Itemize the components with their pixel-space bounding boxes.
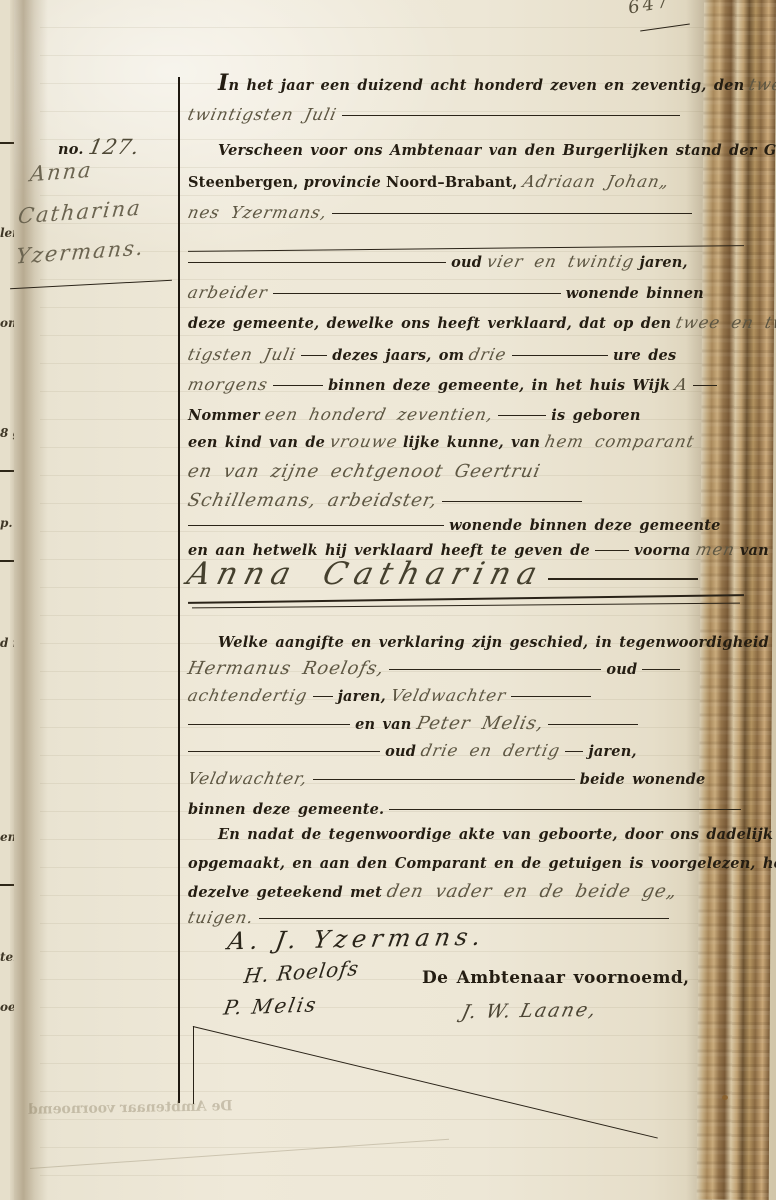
handwritten-fill: Hermanus Roelofs, xyxy=(186,658,387,679)
printed-text: Verscheen voor ons Ambtenaar van den Bur… xyxy=(218,142,776,159)
printed-text: jaren, xyxy=(588,743,636,760)
signature-declarant: A. J. Yzermans. xyxy=(226,923,488,956)
body-line-15: Schillemans, arbeidster, xyxy=(188,490,582,511)
body-line-22: en van Peter Melis, xyxy=(188,713,638,734)
printed-text: ure des xyxy=(613,347,676,364)
body-line-18-child-name: Anna Catharina xyxy=(188,556,698,592)
printed-text: De Ambtenaar voornoemd, xyxy=(422,968,690,988)
scanned-register-page: lei om 8 g p. d r en ten oen 647 no. 127… xyxy=(0,0,776,1200)
fill-rule xyxy=(313,779,575,780)
signature-witness-2: P. Melis xyxy=(222,992,320,1019)
fill-rule xyxy=(595,550,629,551)
folio-number: 647 xyxy=(627,0,673,19)
fill-rule xyxy=(548,724,638,725)
folio-underline xyxy=(640,24,690,32)
body-line-10: tigsten Juli dezes jaars, om drie ure de… xyxy=(188,345,676,364)
officiant-label: De Ambtenaar voornoemd, xyxy=(422,968,690,988)
fill-rule xyxy=(188,525,444,526)
printed-text: en van xyxy=(355,716,411,733)
margin-name-line: Anna xyxy=(29,158,94,187)
signature-witness-1: H. Roelofs xyxy=(242,956,360,988)
body-line-27: opgemaakt, en aan den Comparant en de ge… xyxy=(188,853,776,872)
handwritten-fill: vier en twintig xyxy=(485,252,636,271)
fill-rule-full xyxy=(188,245,744,252)
printed-text: jaren, xyxy=(640,254,688,271)
printed-text: oud xyxy=(385,743,416,760)
body-line-21: achtendertig jaren, Veldwachter xyxy=(188,686,591,705)
printed-text: jaren, xyxy=(338,688,386,705)
handwritten-fill: Veldwachter xyxy=(389,686,508,705)
act-number: no. 127. xyxy=(58,135,139,159)
fill-rule xyxy=(548,578,698,580)
handwritten-fill: en van zijne echtgenoot Geertrui xyxy=(186,461,543,482)
handwritten-fill: hem comparant xyxy=(543,432,697,451)
printed-text: een kind van de xyxy=(188,434,325,451)
printed-text: is geboren xyxy=(551,407,640,424)
body-line-26: En nadat de tegenwoordige akte van geboo… xyxy=(218,824,776,843)
handwritten-fill: men xyxy=(694,540,737,559)
fill-rule xyxy=(273,293,561,294)
printed-text: oud xyxy=(606,661,637,678)
handwritten-fill: vrouwe xyxy=(328,432,400,451)
printed-text: provincie xyxy=(304,174,381,191)
bleed-through-text: De Ambtenaar voornoemd xyxy=(28,1098,233,1118)
body-line-02: twintigsten Juli xyxy=(188,105,680,124)
fill-rule xyxy=(512,355,608,356)
body-line-05: nes Yzermans, xyxy=(188,203,692,222)
handwritten-fill: twee en xyxy=(747,75,776,94)
handwritten-fill: drie en dertig xyxy=(419,741,562,760)
child-name-handwriting: Anna Catharina xyxy=(184,556,548,592)
printed-text: dezes jaars, om xyxy=(332,347,464,364)
body-line-16: wonende binnen deze gemeente xyxy=(188,515,721,534)
fill-rule xyxy=(188,751,380,752)
handwritten-fill: tuigen. xyxy=(186,908,256,927)
handwritten-fill: Veldwachter, xyxy=(186,769,310,788)
handwritten-fill: Adriaan Johan„ xyxy=(521,172,671,191)
printed-text: wonende binnen deze gemeente xyxy=(449,517,721,534)
handwritten-fill: A xyxy=(673,375,690,394)
fill-rule xyxy=(442,501,582,502)
fill-rule xyxy=(642,669,680,670)
handwritten-fill: Peter Melis, xyxy=(414,713,545,734)
printed-text: lijke kunne, van xyxy=(403,434,540,451)
handwritten-fill: nes Yzermans, xyxy=(186,203,329,222)
fill-rule xyxy=(313,696,333,697)
printed-text: wonende binnen xyxy=(566,285,704,302)
printed-text: Steenbergen, xyxy=(188,174,299,191)
printed-text: binnen deze gemeente, in het huis Wijk xyxy=(328,377,670,394)
printed-text: Noord–Brabant, xyxy=(386,174,518,191)
handwritten-fill: een honderd zeventien, xyxy=(263,405,495,424)
name-underline-2 xyxy=(192,603,740,609)
fill-rule xyxy=(188,262,446,263)
void-strike-line xyxy=(193,1026,658,1139)
body-line-19: Welke aangifte en verklaring zijn geschi… xyxy=(218,632,776,651)
printed-text: opgemaakt, en aan den Comparant en de ge… xyxy=(188,855,776,872)
printed-text: deze gemeente, dewelke ons heeft verklaa… xyxy=(188,315,671,332)
fill-rule xyxy=(389,669,601,670)
body-line-12: Nommer een honderd zeventien, is geboren xyxy=(188,405,641,424)
fill-rule xyxy=(188,724,350,725)
body-line-01: In het jaar een duizend acht honderd zev… xyxy=(218,75,776,94)
handwritten-fill: morgens xyxy=(186,375,270,394)
printed-text: binnen deze gemeente. xyxy=(188,801,384,818)
printed-text: En nadat de tegenwoordige akte van geboo… xyxy=(218,826,776,843)
body-line-25: binnen deze gemeente. xyxy=(188,799,741,818)
printed-text: Welke aangifte en verklaring zijn geschi… xyxy=(218,634,776,651)
printed-text: van xyxy=(740,542,769,559)
signature-officiant: J. W. Laane, xyxy=(459,999,599,1023)
body-line-07: oud vier en twintig jaren, xyxy=(188,252,688,271)
fill-rule xyxy=(511,696,591,697)
body-line-20: Hermanus Roelofs, oud xyxy=(188,658,680,679)
body-line-23: oud drie en dertig jaren, xyxy=(188,741,637,760)
act-number-value: 127. xyxy=(86,135,142,159)
fill-rule xyxy=(259,918,669,919)
body-line-24: Veldwachter, beide wonende xyxy=(188,769,705,788)
handwritten-fill: twintigsten Juli xyxy=(186,105,339,124)
printed-text: oud xyxy=(451,254,482,271)
fill-rule xyxy=(498,415,546,416)
handwritten-fill: tigsten Juli xyxy=(186,345,298,364)
handwritten-fill: twee en twin„ xyxy=(674,313,776,332)
fill-rule xyxy=(342,115,680,116)
body-line-28: dezelve geteekend met den vader en de be… xyxy=(188,881,677,902)
margin-line-tail xyxy=(193,1026,196,1104)
printed-text: dezelve geteekend met xyxy=(188,884,382,901)
fill-rule xyxy=(693,385,717,386)
handwritten-fill: drie xyxy=(467,345,509,364)
handwritten-fill: den vader en de beide ge„ xyxy=(385,881,680,902)
body-line-13: een kind van de vrouwe lijke kunne, van … xyxy=(188,432,695,451)
book-edge-pages xyxy=(697,0,776,1200)
body-line-14: en van zijne echtgenoot Geertrui xyxy=(188,461,540,482)
printed-text: In het jaar een duizend acht honderd zev… xyxy=(218,77,744,94)
fill-rule xyxy=(389,809,741,810)
paper-crease xyxy=(30,1139,449,1169)
handwritten-fill: arbeider xyxy=(186,283,270,302)
fill-rule xyxy=(565,751,583,752)
act-number-label: no. xyxy=(58,141,84,158)
body-line-03: Verscheen voor ons Ambtenaar van den Bur… xyxy=(218,140,776,159)
handwritten-fill: achtendertig xyxy=(186,686,309,705)
body-line-09: deze gemeente, dewelke ons heeft verklaa… xyxy=(188,313,776,332)
fill-rule xyxy=(301,355,327,356)
paper-speck xyxy=(722,1095,728,1100)
printed-text: Nommer xyxy=(188,407,260,424)
printed-text: beide wonende xyxy=(580,771,706,788)
form-margin-line xyxy=(178,77,180,1103)
body-line-11: morgens binnen deze gemeente, in het hui… xyxy=(188,375,717,394)
handwritten-fill: Schillemans, arbeidster, xyxy=(186,490,440,511)
fill-rule xyxy=(332,213,692,214)
fill-rule xyxy=(273,385,323,386)
body-line-04: Steenbergen, provincie Noord–Brabant, Ad… xyxy=(188,172,669,191)
body-line-08: arbeider wonende binnen xyxy=(188,283,704,302)
